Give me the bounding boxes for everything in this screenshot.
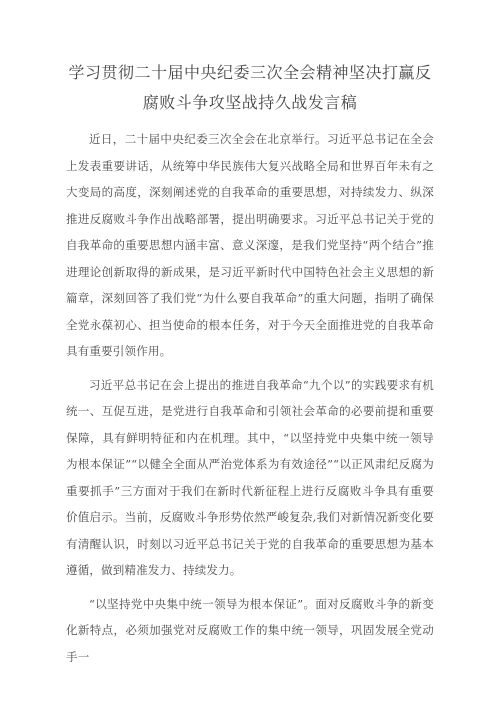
paragraph-3: “以坚持党中央集中统一领导为根本保证”。面对反腐败斗争的新变化新特点，必须加强党… [66,591,434,671]
document-page: 学习贯彻二十届中央纪委三次全会精神坚决打赢反 腐败斗争攻坚战持久战发言稿 近日，… [0,0,500,707]
document-title-line-2: 腐败斗争攻坚战持久战发言稿 [64,88,436,118]
paragraph-1: 近日，二十届中央纪委三次全会在北京举行。习近平总书记在全会上发表重要讲话，从统筹… [66,126,434,365]
document-title: 学习贯彻二十届中央纪委三次全会精神坚决打赢反 腐败斗争攻坚战持久战发言稿 [64,58,436,118]
paragraph-2: 习近平总书记在会上提出的推进自我革命“九个以”的实践要求有机统一、互促互进，是党… [66,372,434,584]
document-body: 近日，二十届中央纪委三次全会在北京举行。习近平总书记在全会上发表重要讲话，从统筹… [66,126,434,670]
document-title-line-1: 学习贯彻二十届中央纪委三次全会精神坚决打赢反 [64,58,436,88]
